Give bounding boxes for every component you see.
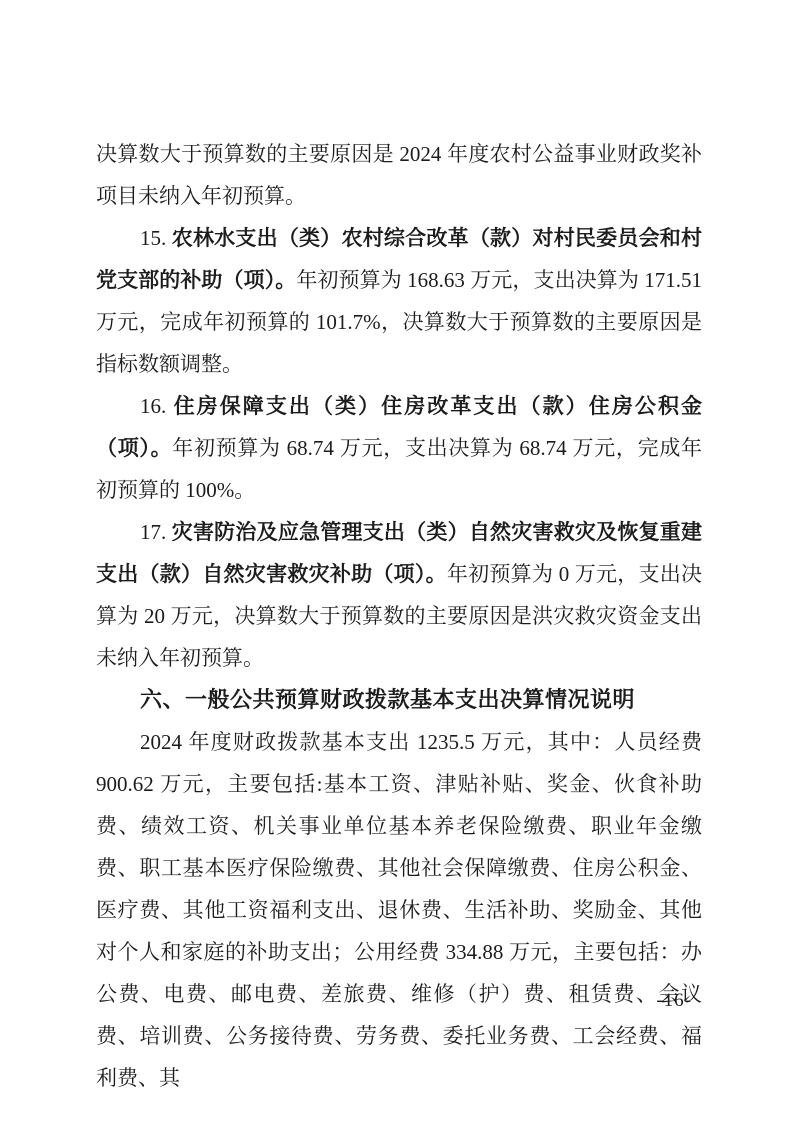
section-heading: 六、一般公共预算财政拨款基本支出决算情况说明	[96, 679, 702, 721]
paragraph-text: 2024 年度财政拨款基本支出 1235.5 万元，其中：人员经费 900.62…	[96, 730, 702, 1090]
page-number: -16-	[656, 990, 692, 1012]
paragraph-number: 16.	[140, 394, 174, 418]
paragraph-continuation: 决算数大于预算数的主要原因是 2024 年度农村公益事业财政奖补项目未纳入年初预…	[96, 133, 702, 217]
page-body: 决算数大于预算数的主要原因是 2024 年度农村公益事业财政奖补项目未纳入年初预…	[96, 133, 702, 1099]
paragraph-item-16: 16. 住房保障支出（类）住房改革支出（款）住房公积金（项）。年初预算为 68.…	[96, 385, 702, 511]
paragraph-number: 17.	[140, 520, 172, 544]
section-heading-text: 六、一般公共预算财政拨款基本支出决算情况说明	[140, 687, 635, 712]
paragraph-item-15: 15. 农林水支出（类）农村综合改革（款）对村民委员会和村党支部的补助（项）。年…	[96, 217, 702, 385]
paragraph-basic-expenditure: 2024 年度财政拨款基本支出 1235.5 万元，其中：人员经费 900.62…	[96, 721, 702, 1099]
paragraph-number: 15.	[140, 226, 172, 250]
paragraph-text: 年初预算为 68.74 万元，支出决算为 68.74 万元，完成年初预算的 10…	[96, 436, 702, 502]
paragraph-item-17: 17. 灾害防治及应急管理支出（类）自然灾害救灾及恢复重建支出（款）自然灾害救灾…	[96, 511, 702, 679]
document-page: 决算数大于预算数的主要原因是 2024 年度农村公益事业财政奖补项目未纳入年初预…	[0, 0, 793, 1122]
paragraph-text: 决算数大于预算数的主要原因是 2024 年度农村公益事业财政奖补项目未纳入年初预…	[96, 142, 702, 208]
